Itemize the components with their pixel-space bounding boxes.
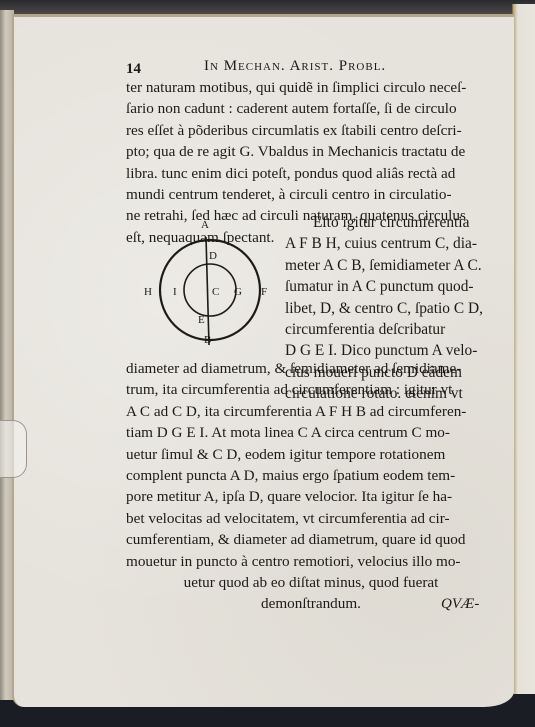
- text-line: A C ad C D, ita circumferentia A F H B a…: [126, 401, 496, 422]
- label-E: E: [198, 314, 205, 326]
- catchword: QVÆ-: [441, 596, 479, 613]
- page-number: 14: [126, 61, 141, 78]
- running-head: In Mechan. Arist. Probl.: [204, 58, 386, 75]
- text-line: bet velocitas ad velocitatem, vt circumf…: [126, 508, 496, 529]
- inner-circle-DGEI: [184, 264, 236, 316]
- page-clip: [0, 420, 27, 478]
- text-line: trum, ita circumferentia ad circumferent…: [126, 379, 496, 400]
- text-line: libet, D, & centro C, ſpatio C D,: [285, 298, 483, 319]
- text-line: Eſto igitur circumferentia: [313, 212, 483, 233]
- text-line: ſumatur in A C punctum quod-: [285, 276, 483, 297]
- text-line: circumferentia deſcribatur: [285, 319, 483, 340]
- text-line: mouetur in puncto à centro remotiori, ve…: [126, 551, 496, 572]
- text-line: pto; qua de re agit G. Vbaldus in Mechan…: [126, 141, 466, 162]
- text-line: libra. tunc enim dici poteſt, pondus quo…: [126, 163, 466, 184]
- book-top-edge: [0, 0, 535, 14]
- label-A: A: [201, 219, 209, 231]
- label-D: D: [209, 250, 217, 262]
- text-line: tiam D G E I. At mota linea C A circa ce…: [126, 422, 496, 443]
- text-line: ſario non cadunt : caderent autem fortaſ…: [126, 98, 466, 119]
- label-B: B: [204, 334, 211, 346]
- text-line: pore metitur A, ipſa D, quare velocior. …: [126, 486, 496, 507]
- text-line: A F B H, cuius centrum C, dia-: [285, 233, 483, 254]
- text-line: cumferentiam, & diameter ad diametrum, q…: [126, 529, 496, 550]
- label-I: I: [173, 286, 177, 298]
- text-line: meter A C B, ſemidiameter A C.: [285, 255, 483, 276]
- facing-page-edge: [512, 4, 535, 694]
- concentric-circles-figure: A D H I C G F E B: [140, 215, 280, 355]
- text-line: diameter ad diametrum, & ſemidiameter ad…: [126, 358, 496, 379]
- text-line: uetur ſimul & C D, eodem igitur tempore …: [126, 444, 496, 465]
- text-line: mundi centrum tenderet, à circuli centro…: [126, 184, 466, 205]
- label-H: H: [144, 286, 152, 298]
- label-F: F: [261, 286, 267, 298]
- label-G: G: [234, 286, 242, 298]
- paragraph-3: diameter ad diametrum, & ſemidiameter ad…: [126, 358, 496, 615]
- text-line: complent puncta A D, maius ergo ſpatium …: [126, 465, 496, 486]
- label-C: C: [212, 286, 219, 298]
- text-line: res eſſet à põderibus circumlatis ex ſta…: [126, 120, 466, 141]
- text-line: ter naturam motibus, qui quidẽ in ſimpli…: [126, 77, 466, 98]
- text-line-centered: uetur quod ab eo diſtat minus, quod fuer…: [126, 572, 496, 593]
